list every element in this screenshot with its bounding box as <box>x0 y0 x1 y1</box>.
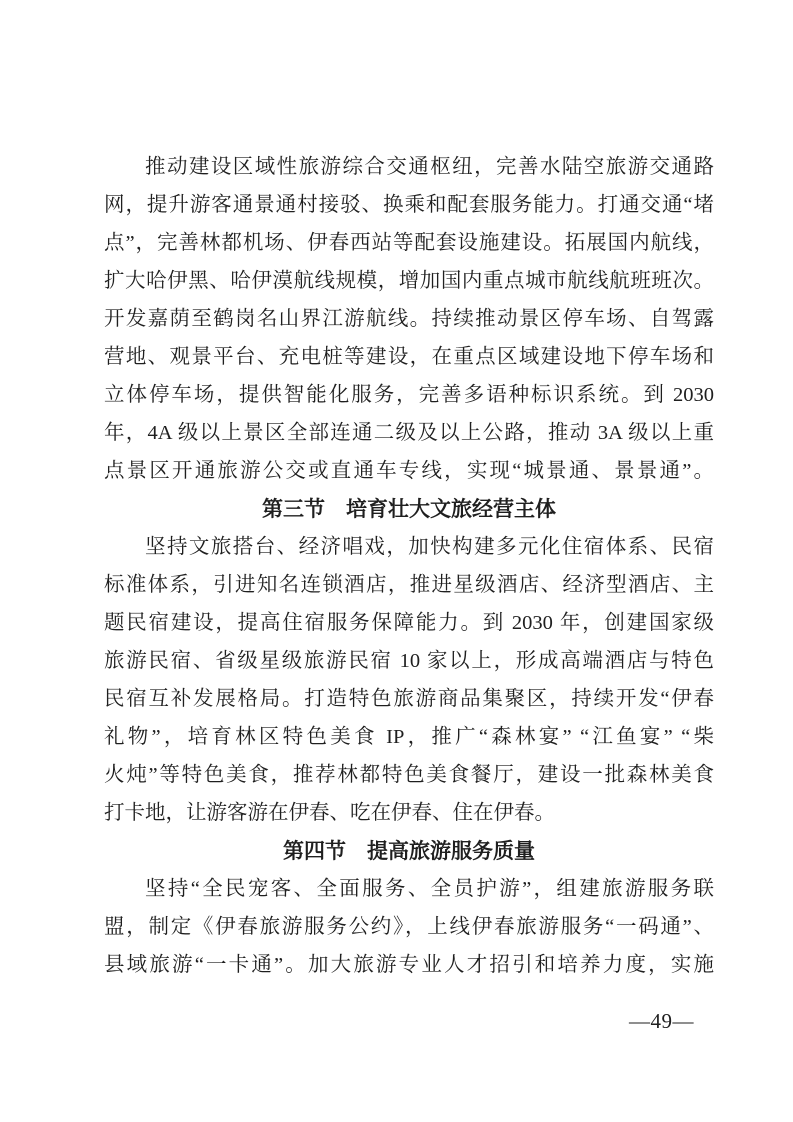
page-number: —49— <box>629 1007 694 1035</box>
document-page: 推动建设区域性旅游综合交通枢纽，完善水陆空旅游交通路 网，提升游客通景通村接驳、… <box>0 0 793 1122</box>
paragraph-line: 开发嘉荫至鹤岗名山界江游航线。持续推动景区停车场、自驾露 <box>104 300 714 338</box>
paragraph-line: 题民宿建设，提高住宿服务保障能力。到 2030 年，创建国家级 <box>104 604 714 642</box>
paragraph-line: 礼物”，培育林区特色美食 IP，推广“森林宴” “江鱼宴” “柴 <box>104 718 714 756</box>
paragraph-line: 民宿互补发展格局。打造特色旅游商品集聚区，持续开发“伊春 <box>104 680 714 718</box>
paragraph-line: 扩大哈伊黑、哈伊漠航线规模，增加国内重点城市航线航班班次。 <box>104 262 714 300</box>
section-heading-3: 第三节 培育壮大文旅经营主体 <box>104 490 714 528</box>
paragraph-line: 标准体系，引进知名连锁酒店，推进星级酒店、经济型酒店、主 <box>104 566 714 604</box>
paragraph-line: 营地、观景平台、充电桩等建设，在重点区域建设地下停车场和 <box>104 338 714 376</box>
paragraph-line: 年，4A 级以上景区全部连通二级及以上公路，推动 3A 级以上重 <box>104 414 714 452</box>
paragraph-line: 盟，制定《伊春旅游服务公约》，上线伊春旅游服务“一码通”、 <box>104 908 714 946</box>
paragraph-line: 点景区开通旅游公交或直通车专线，实现“城景通、景景通”。 <box>104 452 714 490</box>
text-block: 推动建设区域性旅游综合交通枢纽，完善水陆空旅游交通路 网，提升游客通景通村接驳、… <box>104 148 714 984</box>
paragraph-line: 打卡地，让游客游在伊春、吃在伊春、住在伊春。 <box>104 794 714 832</box>
paragraph-service: 坚持“全民宠客、全面服务、全员护游”，组建旅游服务联 盟，制定《伊春旅游服务公约… <box>104 870 714 984</box>
paragraph-line: 网，提升游客通景通村接驳、换乘和配套服务能力。打通交通“堵 <box>104 186 714 224</box>
paragraph-line: 县域旅游“一卡通”。加大旅游专业人才招引和培养力度，实施 <box>104 946 714 984</box>
section-heading-4: 第四节 提高旅游服务质量 <box>104 832 714 870</box>
paragraph-line: 推动建设区域性旅游综合交通枢纽，完善水陆空旅游交通路 <box>104 148 714 186</box>
paragraph-line: 点”，完善林都机场、伊春西站等配套设施建设。拓展国内航线， <box>104 224 714 262</box>
paragraph-line: 坚持“全民宠客、全面服务、全员护游”，组建旅游服务联 <box>104 870 714 908</box>
paragraph-line: 火炖”等特色美食，推荐林都特色美食餐厅，建设一批森林美食 <box>104 756 714 794</box>
paragraph-transport: 推动建设区域性旅游综合交通枢纽，完善水陆空旅游交通路 网，提升游客通景通村接驳、… <box>104 148 714 490</box>
paragraph-line: 坚持文旅搭台、经济唱戏，加快构建多元化住宿体系、民宿 <box>104 528 714 566</box>
paragraph-hospitality: 坚持文旅搭台、经济唱戏，加快构建多元化住宿体系、民宿 标准体系，引进知名连锁酒店… <box>104 528 714 832</box>
paragraph-line: 立体停车场，提供智能化服务，完善多语种标识系统。到 2030 <box>104 376 714 414</box>
paragraph-line: 旅游民宿、省级星级旅游民宿 10 家以上，形成高端酒店与特色 <box>104 642 714 680</box>
